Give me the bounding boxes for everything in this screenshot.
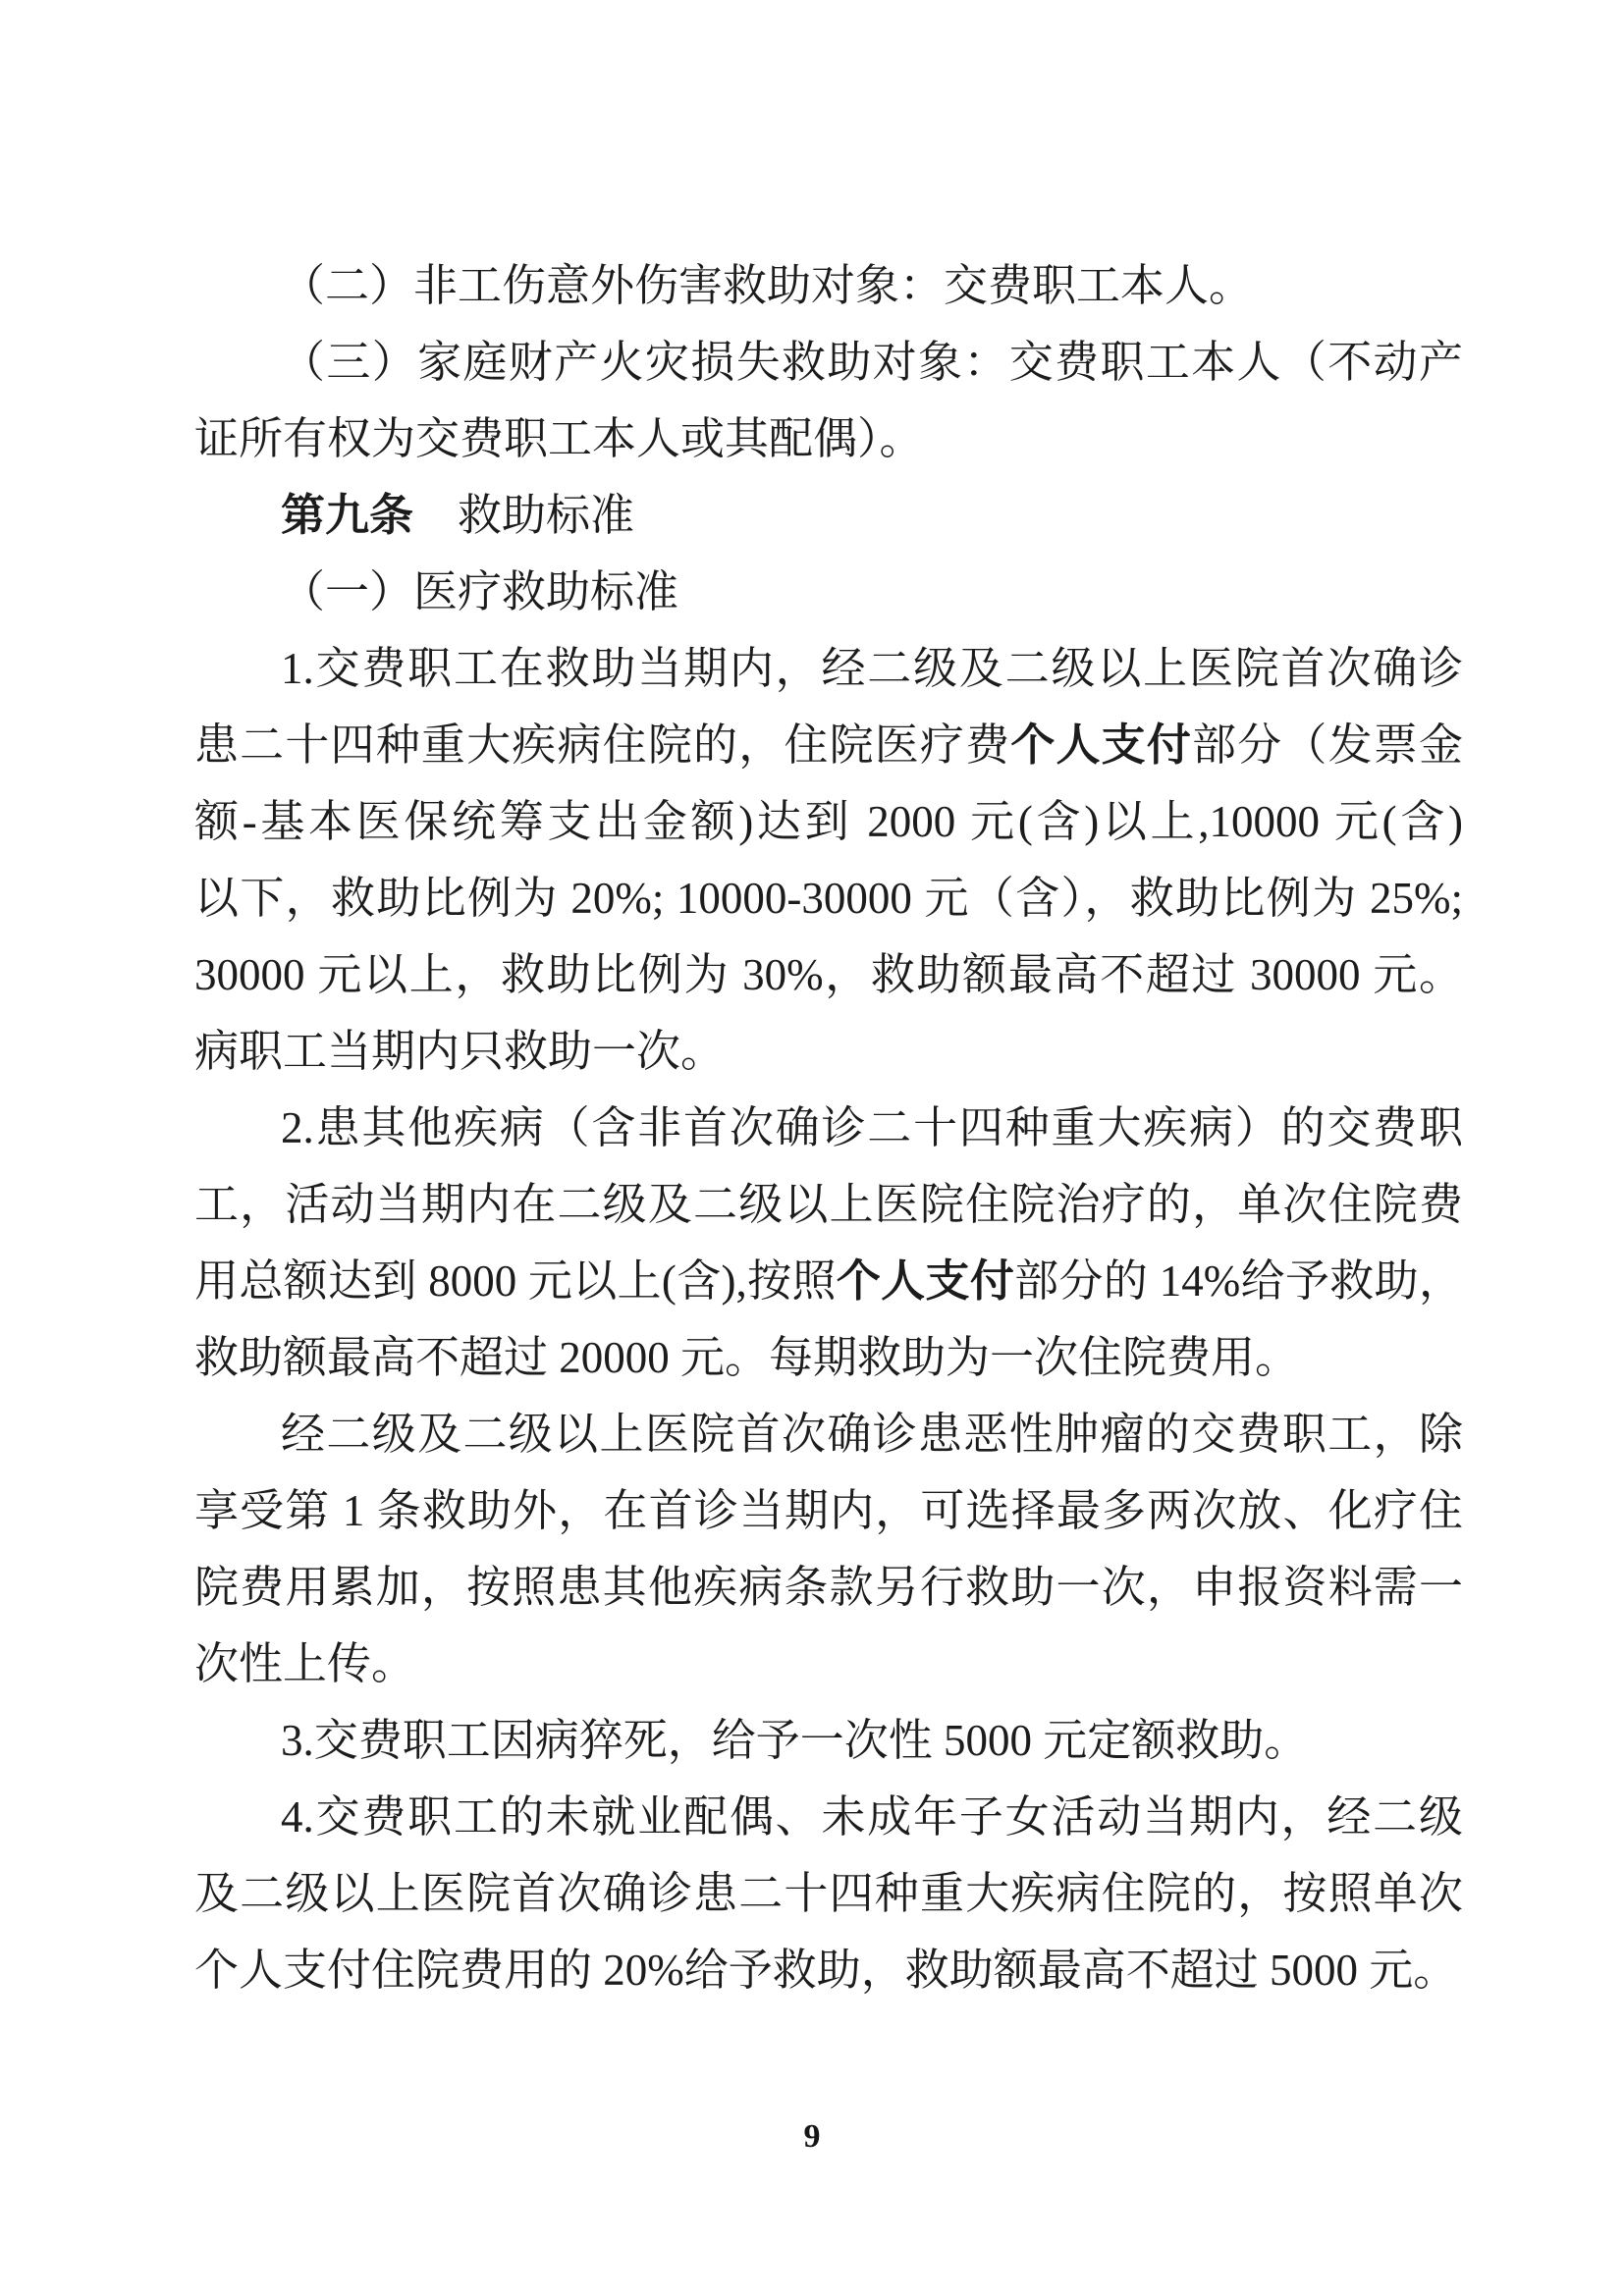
text-segment: 1.交费职工在救助当期内，经二级及二级以上医院首次确诊 (281, 644, 1463, 693)
text-segment: 享受第 1 条救助外，在首诊当期内，可选择最多两次放、化疗住 (194, 1486, 1463, 1535)
text-line: 工，活动当期内在二级及二级以上医院住院治疗的，单次住院费 (194, 1166, 1463, 1243)
text-segment-bold: 第九条 (281, 491, 413, 540)
text-line: 1.交费职工在救助当期内，经二级及二级以上医院首次确诊 (194, 630, 1463, 707)
text-line: 2.患其他疾病（含非首次确诊二十四种重大疾病）的交费职 (194, 1090, 1463, 1166)
text-segment: 3.交费职工因病猝死，给予一次性 5000 元定额救助。 (281, 1716, 1308, 1765)
text-segment: 经二级及二级以上医院首次确诊患恶性肿瘤的交费职工，除 (281, 1410, 1463, 1459)
text-line: 经二级及二级以上医院首次确诊患恶性肿瘤的交费职工，除 (194, 1396, 1463, 1472)
text-line: 病职工当期内只救助一次。 (194, 1013, 1463, 1090)
text-segment: （一）医疗救助标准 (281, 567, 678, 616)
text-segment: 额-基本医保统筹支出金额)达到 2000 元(含)以上,10000 元(含) (194, 797, 1463, 846)
document-page: （二）非工伤意外伤害救助对象：交费职工本人。（三）家庭财产火灾损失救助对象：交费… (0, 0, 1624, 2296)
text-segment: 用总额达到 8000 元以上(含),按照 (194, 1256, 837, 1306)
text-segment-bold: 个人支付 (1010, 721, 1192, 770)
text-line: 院费用累加，按照患其他疾病条款另行救助一次，申报资料需一 (194, 1549, 1463, 1626)
text-segment: 次性上传。 (194, 1639, 415, 1688)
text-segment: 2.患其他疾病（含非首次确诊二十四种重大疾病）的交费职 (281, 1103, 1463, 1152)
text-segment: 病职工当期内只救助一次。 (194, 1027, 725, 1076)
text-line: 次性上传。 (194, 1626, 1463, 1702)
text-line: 4.交费职工的未就业配偶、未成年子女活动当期内，经二级 (194, 1779, 1463, 1855)
text-segment: 救助额最高不超过 20000 元。每期救助为一次住院费用。 (194, 1333, 1299, 1382)
text-line: 3.交费职工因病猝死，给予一次性 5000 元定额救助。 (194, 1702, 1463, 1779)
text-line: （一）医疗救助标准 (194, 554, 1463, 630)
text-segment: 救助标准 (413, 491, 634, 540)
text-segment: 部分的 14%给予救助， (1014, 1256, 1463, 1306)
text-segment: 患二十四种重大疾病住院的，住院医疗费 (194, 721, 1010, 770)
text-line: 救助额最高不超过 20000 元。每期救助为一次住院费用。 (194, 1319, 1463, 1396)
text-segment: 工，活动当期内在二级及二级以上医院住院治疗的，单次住院费 (194, 1180, 1463, 1229)
text-line: 享受第 1 条救助外，在首诊当期内，可选择最多两次放、化疗住 (194, 1472, 1463, 1549)
text-line: 个人支付住院费用的 20%给予救助，救助额最高不超过 5000 元。 (194, 1932, 1463, 2008)
text-block: （二）非工伤意外伤害救助对象：交费职工本人。（三）家庭财产火灾损失救助对象：交费… (194, 247, 1463, 2008)
text-line: 30000 元以上，救助比例为 30%，救助额最高不超过 30000 元。患 (194, 936, 1463, 1013)
text-line: 及二级以上医院首次确诊患二十四种重大疾病住院的，按照单次 (194, 1855, 1463, 1932)
text-line: 第九条 救助标准 (194, 477, 1463, 554)
text-segment: 院费用累加，按照患其他疾病条款另行救助一次，申报资料需一 (194, 1563, 1463, 1612)
text-segment-bold: 个人支付 (837, 1256, 1014, 1306)
text-segment: （三）家庭财产火灾损失救助对象：交费职工本人（不动产 (281, 338, 1463, 387)
text-line: 患二十四种重大疾病住院的，住院医疗费个人支付部分（发票金 (194, 707, 1463, 783)
text-segment: 30000 元以上，救助比例为 30%，救助额最高不超过 30000 元。患 (194, 950, 1463, 1013)
text-segment: 个人支付住院费用的 20%给予救助，救助额最高不超过 5000 元。 (194, 1946, 1457, 1995)
text-segment: 证所有权为交费职工本人或其配偶）。 (194, 414, 924, 463)
text-line: （二）非工伤意外伤害救助对象：交费职工本人。 (194, 247, 1463, 324)
text-line: 用总额达到 8000 元以上(含),按照个人支付部分的 14%给予救助， (194, 1243, 1463, 1319)
page-number: 9 (0, 2118, 1624, 2156)
text-line: （三）家庭财产火灾损失救助对象：交费职工本人（不动产 (194, 324, 1463, 400)
text-line: 额-基本医保统筹支出金额)达到 2000 元(含)以上,10000 元(含) (194, 783, 1463, 860)
text-segment: 以下，救助比例为 20%; 10000-30000 元（含），救助比例为 25%… (194, 874, 1463, 923)
text-line: 以下，救助比例为 20%; 10000-30000 元（含），救助比例为 25%… (194, 860, 1463, 936)
text-line: 证所有权为交费职工本人或其配偶）。 (194, 400, 1463, 477)
text-segment: 部分（发票金 (1192, 721, 1463, 770)
text-segment: （二）非工伤意外伤害救助对象：交费职工本人。 (281, 261, 1253, 310)
text-segment: 及二级以上医院首次确诊患二十四种重大疾病住院的，按照单次 (194, 1869, 1463, 1918)
text-segment: 4.交费职工的未就业配偶、未成年子女活动当期内，经二级 (281, 1792, 1463, 1842)
